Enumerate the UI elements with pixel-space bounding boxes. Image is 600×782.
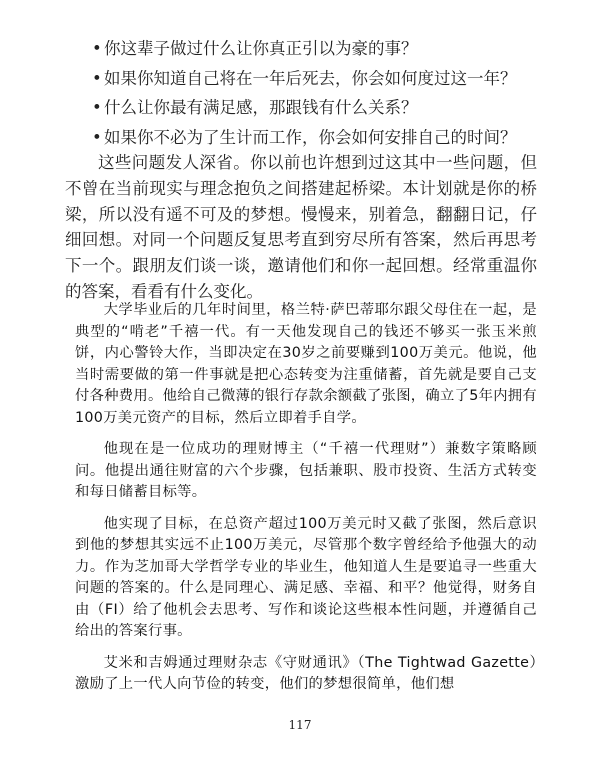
question-text: 什么让你最有满足感，那跟钱有什么关系？ xyxy=(104,98,418,117)
bullet-icon: • xyxy=(92,64,104,94)
question-text: 如果你知道自己将在一年后死去，你会如何度过这一年？ xyxy=(104,69,517,88)
case-study-paragraph: 他现在是一位成功的理财博主（“千禧一代理财”）兼数字策略顾问。他提出通往财富的六… xyxy=(75,439,537,504)
question-item: •如果你知道自己将在一年后死去，你会如何度过这一年？ xyxy=(92,64,552,94)
question-item: •如果你不必为了生计而工作，你会如何安排自己的时间？ xyxy=(92,123,552,153)
book-page: •你这辈子做过什么让你真正引以为豪的事？ •如果你知道自己将在一年后死去，你会如… xyxy=(0,0,600,782)
case-study-paragraph: 他实现了目标，在总资产超过100万美元时又截了张图，然后意识到他的梦想其实远不止… xyxy=(75,514,537,643)
question-item: •什么让你最有满足感，那跟钱有什么关系？ xyxy=(92,93,552,123)
bullet-icon: • xyxy=(92,93,104,123)
question-item: •你这辈子做过什么让你真正引以为豪的事？ xyxy=(92,34,552,64)
question-text: 你这辈子做过什么让你真正引以为豪的事？ xyxy=(104,39,418,58)
case-study-section: 大学毕业后的几年时间里，格兰特·萨巴蒂耶尔跟父母住在一起，是典型的“啃老”千禧一… xyxy=(75,300,537,706)
bullet-icon: • xyxy=(92,34,104,64)
page-number: 117 xyxy=(0,718,600,732)
case-study-paragraph: 大学毕业后的几年时间里，格兰特·萨巴蒂耶尔跟父母住在一起，是典型的“啃老”千禧一… xyxy=(75,300,537,429)
bullet-icon: • xyxy=(92,123,104,153)
question-text: 如果你不必为了生计而工作，你会如何安排自己的时间？ xyxy=(104,128,517,147)
case-study-paragraph: 艾米和吉姆通过理财杂志《守财通讯》（The Tightwad Gazette）激… xyxy=(75,653,537,696)
question-list: •你这辈子做过什么让你真正引以为豪的事？ •如果你知道自己将在一年后死去，你会如… xyxy=(92,34,552,152)
body-paragraph: 这些问题发人深省。你以前也许想到过这其中一些问题，但不曾在当前现实与理念抱负之间… xyxy=(65,150,537,305)
